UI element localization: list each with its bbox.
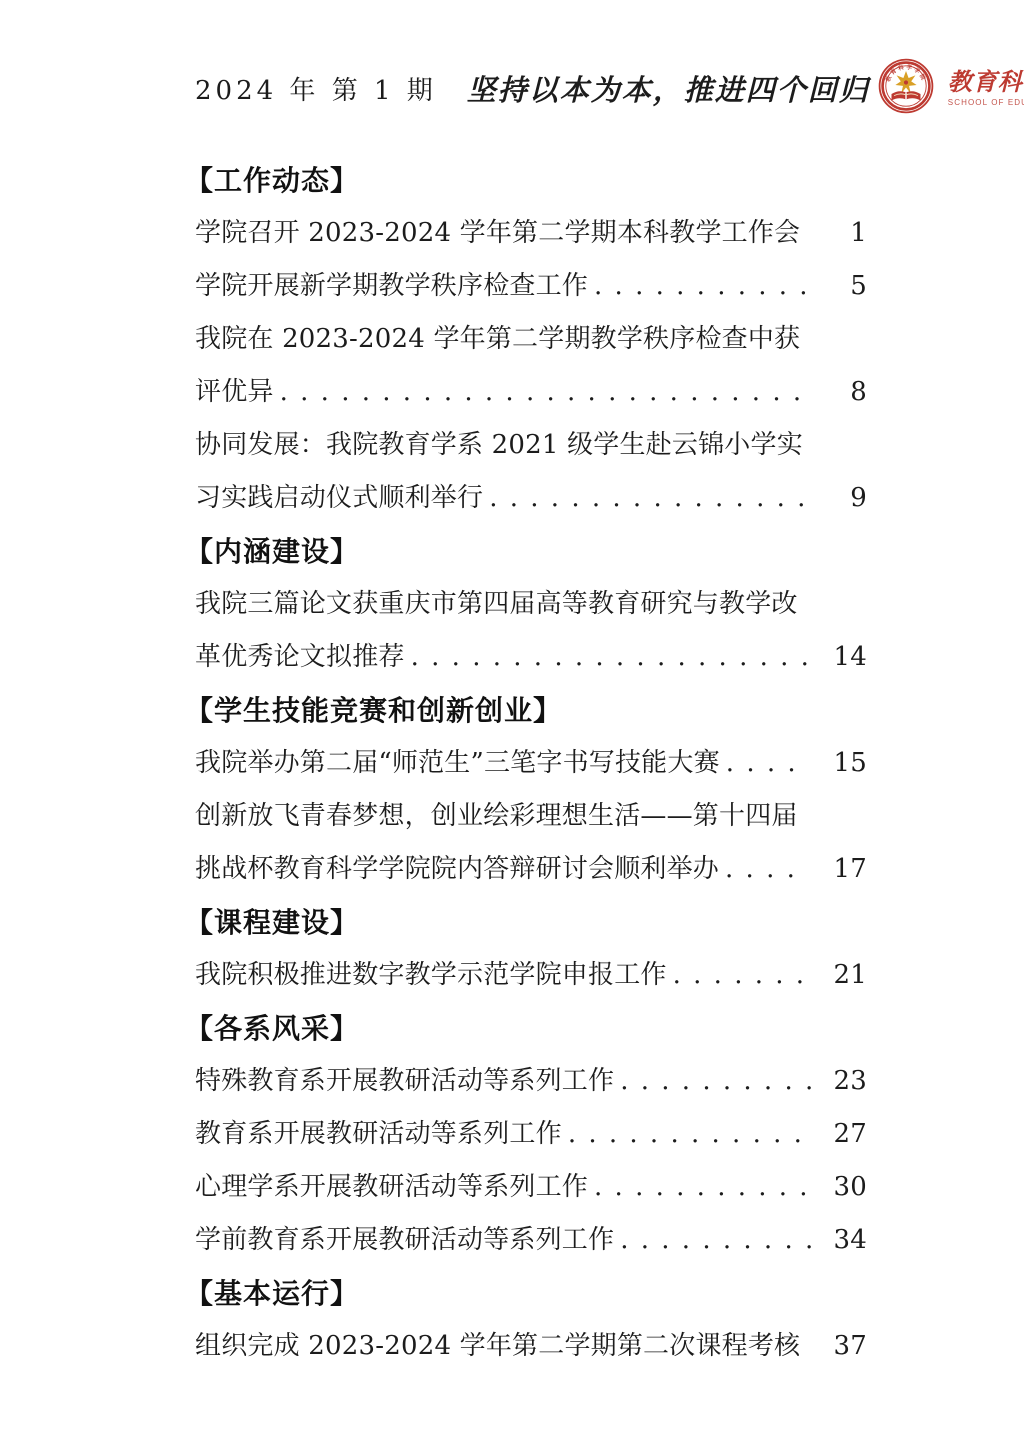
school-logo: 教 育 科 学 学 院 教育科学学院 SCHOOL OF EDUCATIONAL… <box>878 58 1024 118</box>
page-header: 2024 年 第 1 期 坚持以本为本，推进四个回归 教 育 科 学 学 院 <box>195 52 916 124</box>
toc-section-heading: 【工作动态】 <box>185 154 867 207</box>
leader-dots: . . . . . . . . . . . <box>594 271 809 301</box>
toc-entry[interactable]: 心理学系开展教研活动等系列工作. . . . . . . . . . . 30 <box>195 1161 867 1214</box>
logo-title-en: SCHOOL OF EDUCATIONAL SCIENCES <box>948 98 1024 107</box>
toc-entry-page: 1 <box>850 207 867 260</box>
toc-entry-page: 8 <box>850 366 867 419</box>
toc-entry-title: 我院积极推进数字教学示范学院申报工作 <box>195 960 667 990</box>
toc-entry[interactable]: 我院三篇论文获重庆市第四届高等教育研究与教学改革优秀论文拟推荐. . . . .… <box>195 578 867 684</box>
toc-entry[interactable]: 我院积极推进数字教学示范学院申报工作. . . . . . . 21 <box>195 949 867 1002</box>
leader-dots: . . . . . . . . . . <box>620 1225 814 1255</box>
toc-entry[interactable]: 我院在 2023-2024 学年第二学期教学秩序检查中获评优异. . . . .… <box>195 313 867 419</box>
toc-section-heading: 【学生技能竞赛和创新创业】 <box>185 684 867 737</box>
leader-dots: . . . . <box>725 854 796 884</box>
toc-entry-page: 9 <box>850 472 867 525</box>
toc-entry-title: 心理学系开展教研活动等系列工作 <box>195 1172 588 1202</box>
leader-dots: . . . . . . . . . . . . <box>568 1119 803 1149</box>
logo-title-cn: 教育科学学院 <box>948 69 1024 95</box>
issue-label: 2024 年 第 1 期 <box>195 70 437 107</box>
toc-entry[interactable]: 学院开展新学期教学秩序检查工作. . . . . . . . . . . 5 <box>195 260 867 313</box>
leader-dots: . . . . . . . . . . . . . . . . . . . . <box>411 642 810 672</box>
toc-entry[interactable]: 协同发展：我院教育学系 2021 级学生赴云锦小学实习实践启动仪式顺利举行. .… <box>195 419 867 525</box>
toc-section-heading: 【课程建设】 <box>185 896 867 949</box>
toc-entry-title: 学前教育系开展教研活动等系列工作 <box>195 1225 614 1255</box>
toc-entry-page: 23 <box>834 1055 867 1108</box>
toc-section-heading: 【内涵建设】 <box>185 525 867 578</box>
toc-entry[interactable]: 学前教育系开展教研活动等系列工作. . . . . . . . . . 34 <box>195 1214 867 1267</box>
header-motto: 坚持以本为本，推进四个回归 <box>437 68 878 109</box>
toc-entry-title: 学院开展新学期教学秩序检查工作 <box>195 271 588 301</box>
toc-entry[interactable]: 特殊教育系开展教研活动等系列工作. . . . . . . . . . 23 <box>195 1055 867 1108</box>
toc-entry-page: 15 <box>834 737 867 790</box>
toc-section-heading: 【基本运行】 <box>185 1267 867 1320</box>
leader-dots: . . . . . . . . . . . <box>594 1172 809 1202</box>
leader-dots: . . . . . . . . . . . . . . . . . . . . … <box>280 377 803 407</box>
leader-dots: . . . . . . . <box>673 960 805 990</box>
school-emblem-icon: 教 育 科 学 学 院 <box>878 58 934 118</box>
toc-entry-page: 21 <box>834 949 867 1002</box>
school-logo-text: 教育科学学院 SCHOOL OF EDUCATIONAL SCIENCES <box>948 69 1024 106</box>
leader-dots: . . . . <box>726 748 797 778</box>
toc-entry-page: 17 <box>834 843 867 896</box>
toc-section-heading: 【各系风采】 <box>185 1002 867 1055</box>
toc-entry-page: 34 <box>834 1214 867 1267</box>
toc-entry-title: 学院召开 2023-2024 学年第二学期本科教学工作会 <box>195 218 800 248</box>
toc-entry-page: 30 <box>834 1161 867 1214</box>
toc-entry[interactable]: 学院召开 2023-2024 学年第二学期本科教学工作会1 <box>195 207 867 260</box>
toc-entry-title: 组织完成 2023-2024 学年第二学期第二次课程考核 <box>195 1331 800 1361</box>
toc-entry[interactable]: 组织完成 2023-2024 学年第二学期第二次课程考核37 <box>195 1320 867 1373</box>
toc-entry[interactable]: 教育系开展教研活动等系列工作. . . . . . . . . . . . 27 <box>195 1108 867 1161</box>
toc-entry-page: 5 <box>850 260 867 313</box>
leader-dots: . . . . . . . . . . <box>620 1066 814 1096</box>
toc-entry-page: 14 <box>834 631 867 684</box>
toc-entry-page: 27 <box>834 1108 867 1161</box>
toc-entry[interactable]: 创新放飞青春梦想，创业绘彩理想生活——第十四届挑战杯教育科学学院院内答辩研讨会顺… <box>195 790 867 896</box>
toc-entry-page: 37 <box>834 1320 867 1373</box>
toc-entry-title: 创新放飞青春梦想，创业绘彩理想生活——第十四届挑战杯教育科学学院院内答辩研讨会顺… <box>195 801 798 884</box>
toc-entry-title: 特殊教育系开展教研活动等系列工作 <box>195 1066 614 1096</box>
toc-entry-title: 教育系开展教研活动等系列工作 <box>195 1119 562 1149</box>
table-of-contents: 【工作动态】学院召开 2023-2024 学年第二学期本科教学工作会1学院开展新… <box>195 154 867 1373</box>
toc-entry[interactable]: 我院举办第二届“师范生”三笔字书写技能大赛. . . . 15 <box>195 737 867 790</box>
document-page: 2024 年 第 1 期 坚持以本为本，推进四个回归 教 育 科 学 学 院 <box>0 0 1024 1448</box>
leader-dots: . . . . . . . . . . . . . . . . <box>489 483 806 513</box>
toc-entry-title: 我院举办第二届“师范生”三笔字书写技能大赛 <box>195 748 720 778</box>
